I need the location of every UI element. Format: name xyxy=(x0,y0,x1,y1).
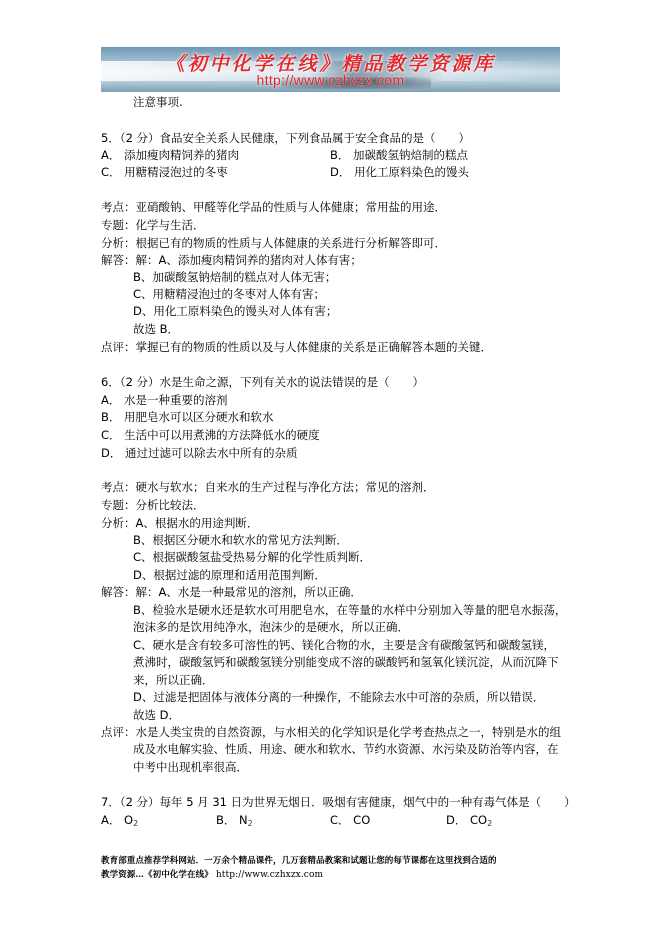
q6-option-a: A． 水是一种重要的溶剂 xyxy=(101,393,228,407)
q6-jieda-b1: B、检验水是硬水还是软水可用肥皂水，在等量的水样中分别加入等量的肥皂水振荡， xyxy=(133,603,566,617)
q7-option-d-text: D． CO xyxy=(446,813,487,827)
footer-text-2: 教学资源…《初中化学在线》 xyxy=(101,870,213,880)
header-banner: 《初中化学在线》精品教学资源库 http://www.czhxzx.com xyxy=(101,47,560,92)
q6-jieda: 解答：解：A、水是一种最常见的溶剂，所以正确． xyxy=(101,585,362,599)
q6-stem: 6．（2 分）水是生命之源，下列有关水的说法错误的是（ ） xyxy=(101,375,424,389)
q6-dianping-2: 成及水电解实验、性质、用途、硬水和软水、节约水资源、水污染及防治等内容，在 xyxy=(133,742,559,756)
q7-option-d: D． CO2 xyxy=(446,813,492,831)
q7-stem: 7．（2 分）每年 5 月 31 日为世界无烟日．吸烟有害健康，烟气中的一种有毒… xyxy=(101,795,576,809)
q6-jieda-c2: 煮沸时，碳酸氢钙和碳酸氢镁分别能变成不溶的碳酸钙和氢氧化镁沉淀，从而沉降下 xyxy=(133,655,559,669)
q6-option-b: B． 用肥皂水可以区分硬水和软水 xyxy=(101,410,274,424)
q6-fenxi-b: B、根据区分硬水和软水的常见方法判断． xyxy=(133,533,348,547)
q7-option-b-sub: 2 xyxy=(248,819,253,828)
q6-zhuanti: 专题：分析比较法． xyxy=(101,498,205,512)
q7-option-a: A． O2 xyxy=(101,813,138,831)
q5-jieda-c: C、用糖精浸泡过的冬枣对人体有害； xyxy=(133,287,325,301)
q6-dianping-1: 点评：水是人类宝贵的自然资源，与水相关的化学知识是化学考查热点之一，特别是水的组 xyxy=(101,725,561,739)
q5-jieda-d: D、用化工原料染色的馒头对人体有害； xyxy=(133,304,337,318)
q5-option-b: B． 加碳酸氢钠焙制的糕点 xyxy=(330,148,468,162)
footer-line-2: 教学资源…《初中化学在线》 http://www.czhxzx.com xyxy=(101,868,561,882)
q6-dianping-3: 中考中出现机率很高． xyxy=(133,760,248,774)
q7-option-a-text: A． O xyxy=(101,813,133,827)
q6-jieda-c1: C、硬水是含有较多可溶性的钙、镁化合物的水，主要是含有碳酸氢钙和碳酸氢镁， xyxy=(133,638,555,652)
q6-jieda-d: D、过滤是把固体与液体分离的一种操作，不能除去水中可溶的杂质，所以错误． xyxy=(133,690,544,704)
q6-option-c: C． 生活中可以用煮沸的方法降低水的硬度 xyxy=(101,428,320,442)
q6-fenxi-d: D、根据过滤的原理和适用范围判断． xyxy=(133,568,326,582)
q5-option-a: A． 添加瘦肉精饲养的猪肉 xyxy=(101,148,239,162)
q7-option-d-sub: 2 xyxy=(487,819,492,828)
q6-fenxi: 分析：A、根据水的用途判断． xyxy=(101,516,258,530)
q7-option-b-text: B． N xyxy=(216,813,248,827)
q6-jieda-c3: 来，所以正确． xyxy=(133,673,214,687)
banner-url[interactable]: http://www.czhxzx.com xyxy=(101,72,560,88)
q6-fenxi-c: C、根据碳酸氢盐受热易分解的化学性质判断． xyxy=(133,550,371,564)
q7-option-b: B． N2 xyxy=(216,813,253,831)
q5-jieda: 解答：解：A、添加瘦肉精饲养的猪肉对人体有害； xyxy=(101,253,362,267)
q7-option-c: C． CO xyxy=(330,813,370,827)
q5-zhuanti: 专题：化学与生活． xyxy=(101,218,205,232)
q5-dianping: 点评：掌握已有的物质的性质以及与人体健康的关系是正确解答本题的关键． xyxy=(101,340,492,354)
q6-jieda-b2: 泡沫多的是饮用纯净水，泡沫少的是硬水，所以正确． xyxy=(133,620,409,634)
q5-kaodian: 考点：亚硝酸钠、甲醛等化学品的性质与人体健康；常用盐的用途． xyxy=(101,200,446,214)
q5-stem: 5．（2 分）食品安全关系人民健康，下列食品属于安全食品的是（ ） xyxy=(101,131,470,145)
footer-line-1: 教育部重点推荐学科网站．一万余个精品课件，几万套精品教案和试题让您的每节课都在这… xyxy=(101,854,561,868)
q5-fenxi: 分析：根据已有的物质的性质与人体健康的关系进行分析解答即可． xyxy=(101,236,446,250)
document-page: 《初中化学在线》精品教学资源库 http://www.czhxzx.com 注意… xyxy=(0,0,661,935)
q6-option-d: D． 通过过滤可以除去水中所有的杂质 xyxy=(101,446,298,460)
page-footer: 教育部重点推荐学科网站．一万余个精品课件，几万套精品教案和试题让您的每节课都在这… xyxy=(101,854,561,882)
q5-answer: 故选 B． xyxy=(133,322,179,336)
notes-tail: 注意事项. xyxy=(133,95,183,109)
q7-option-a-sub: 2 xyxy=(133,819,138,828)
q6-answer: 故选 D． xyxy=(133,708,180,722)
q5-option-d: D． 用化工原料染色的馒头 xyxy=(330,165,469,179)
q5-jieda-b: B、加碳酸氢钠焙制的糕点对人体无害； xyxy=(133,270,336,284)
q6-kaodian: 考点：硬水与软水；自来水的生产过程与净化方法；常见的溶剂． xyxy=(101,480,435,494)
footer-url-link[interactable]: http://www.czhxzx.com xyxy=(216,870,323,880)
q5-option-c: C． 用糖精浸泡过的冬枣 xyxy=(101,165,228,179)
